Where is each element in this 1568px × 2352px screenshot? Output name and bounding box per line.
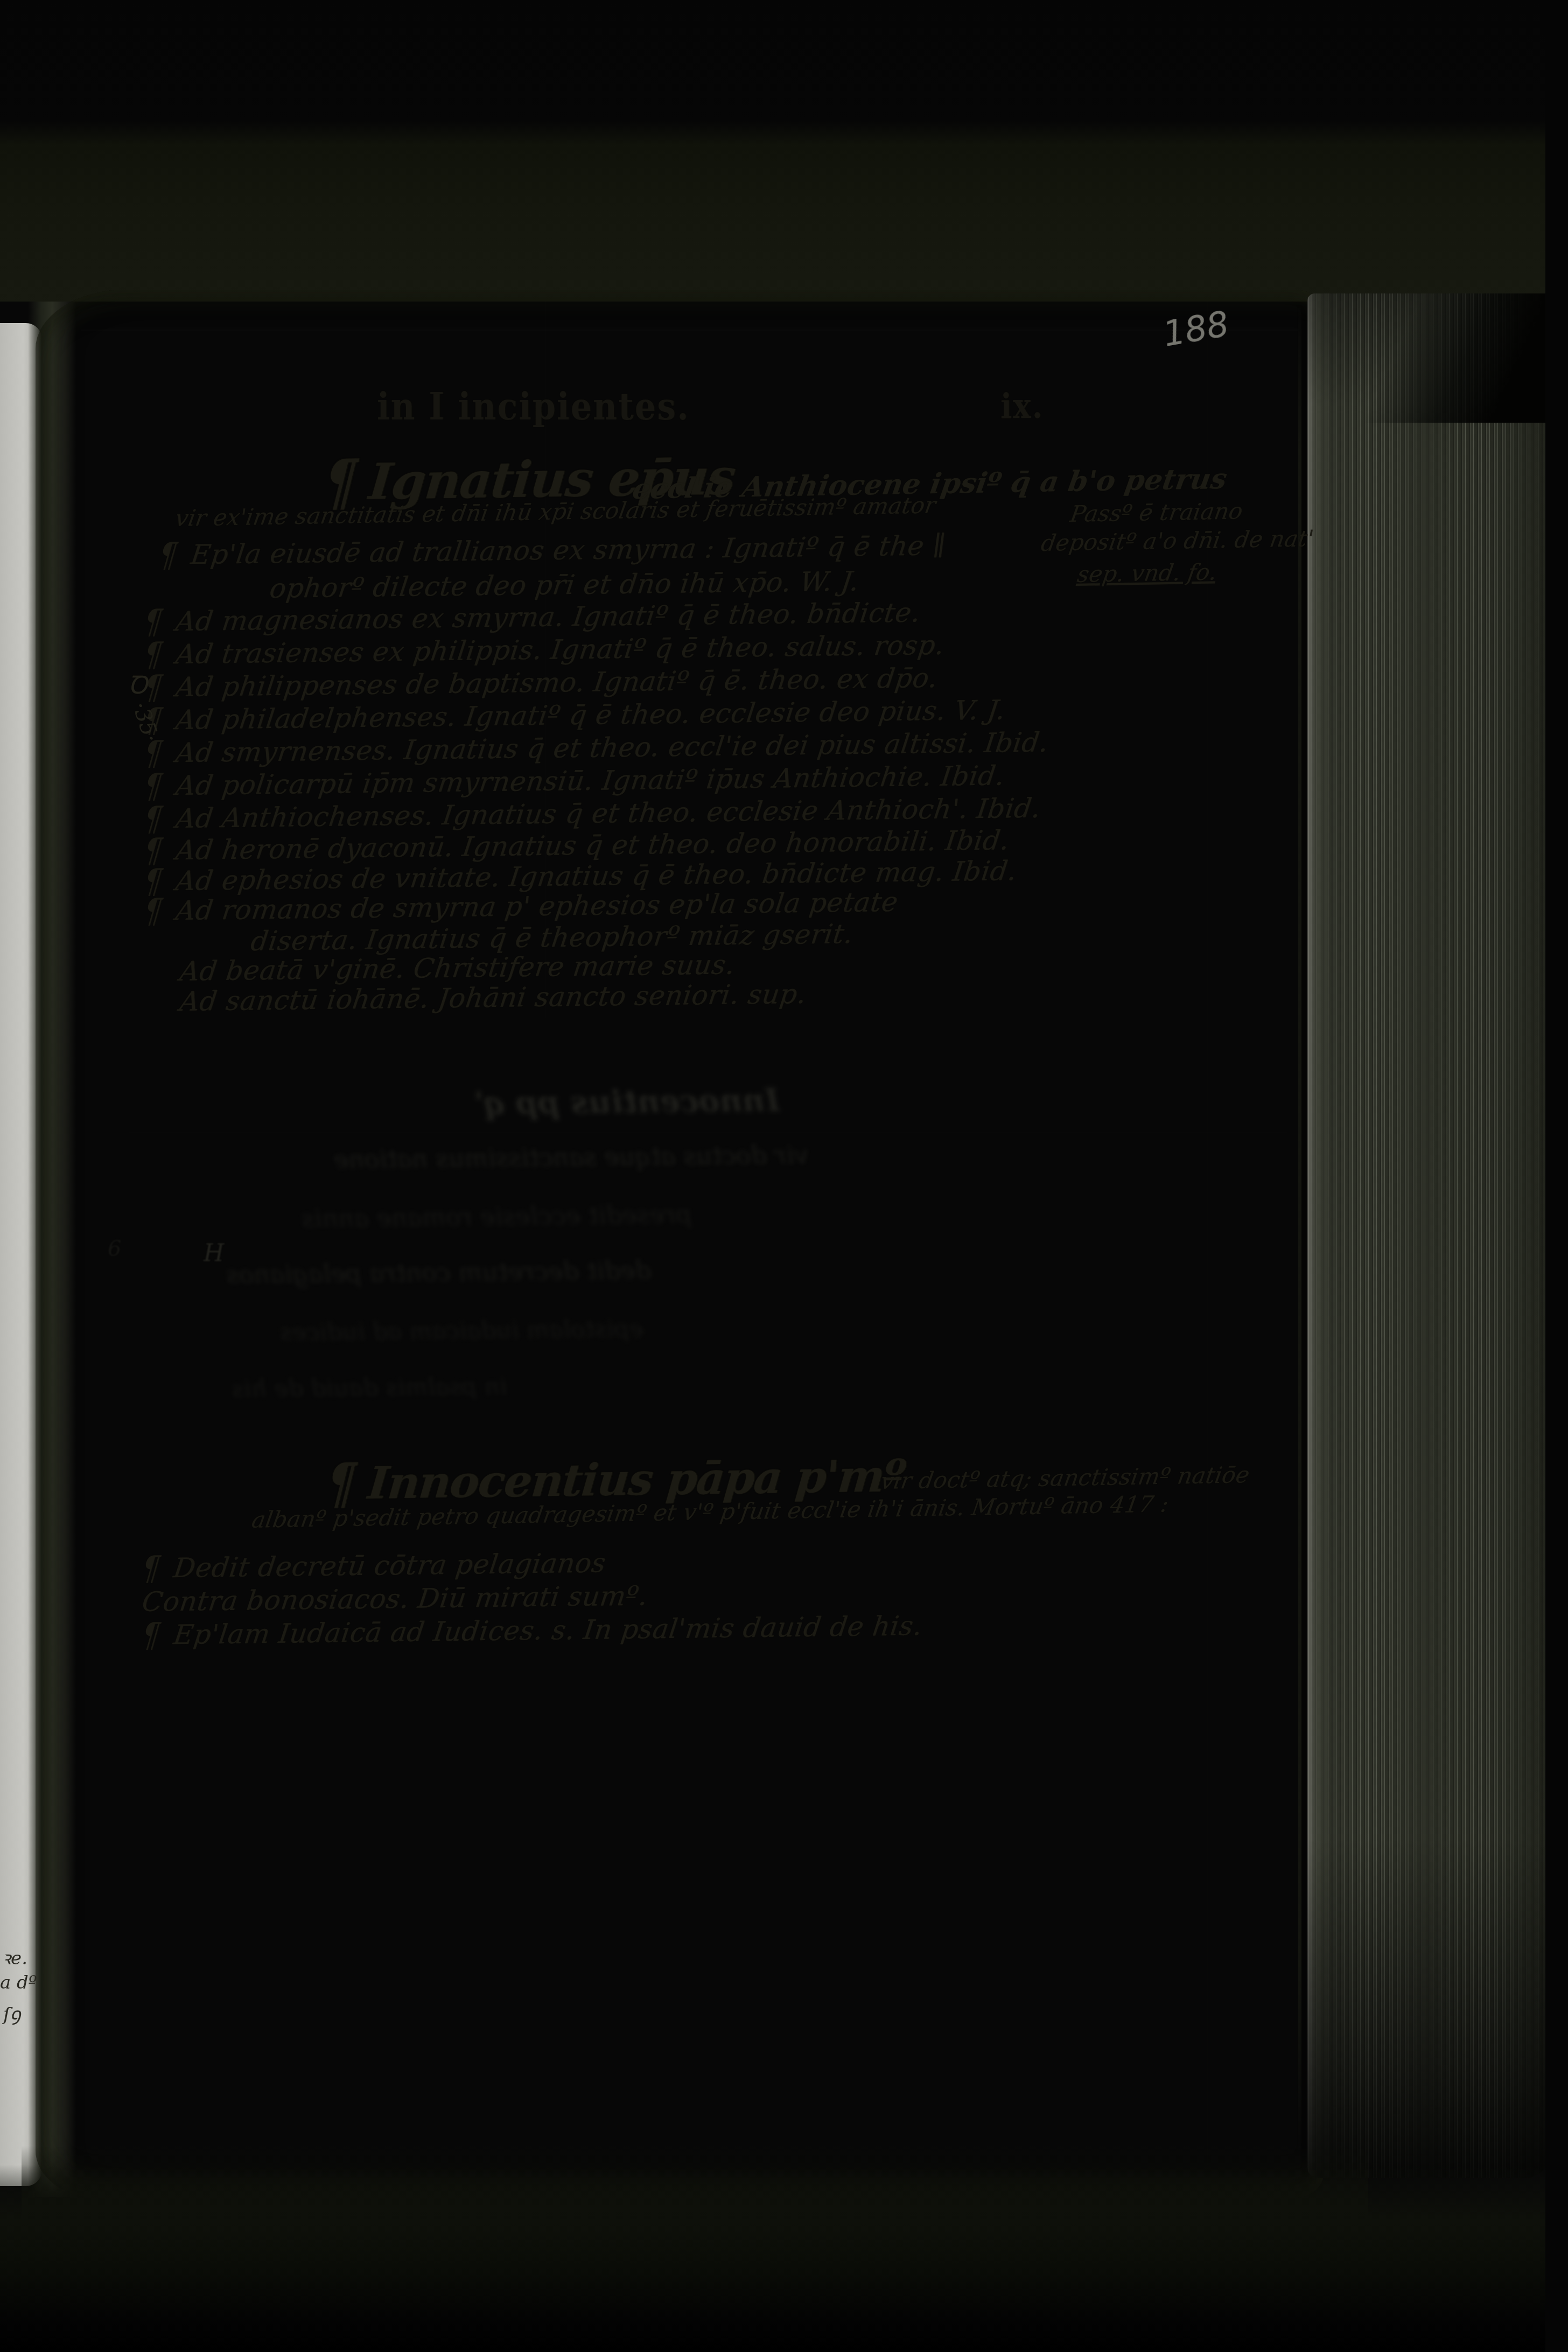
facing-page-fragment: ꝛe.: [2, 1945, 27, 1970]
entry-text: Contra bonosiacos. Diū mirati sumº.: [141, 1580, 650, 1618]
fore-edge-top-shadow: [1307, 293, 1551, 423]
ghost-showthrough-line: vir doctus atque sanctissimus natione: [334, 1140, 809, 1174]
innocentius-entry: ¶Dedit decretū cōtra pelagianos: [141, 1548, 608, 1584]
photo-backdrop-top: [0, 0, 1568, 302]
ghost-ink-blot: H: [204, 1240, 224, 1267]
manuscript-photo: 188 in I incipientes. ix. ¶Ignatius ep̄u…: [0, 0, 1568, 2352]
facing-page-fragment: a dº: [0, 1972, 37, 1993]
ruled-hairline: [129, 1132, 1287, 1133]
page-edge-line: [1298, 302, 1301, 2154]
ghost-showthrough-line: dedit decretum contra pelagianos: [226, 1256, 651, 1289]
sidenote-line3: sep. vnd. fo.: [1075, 559, 1219, 587]
photo-backdrop-right: [1545, 0, 1568, 2352]
ghost-showthrough-line: in psalmis dauid de his: [232, 1373, 507, 1403]
sidenote-line2: depositº a'o dn̄i. de nat': [1039, 525, 1315, 556]
ghost-showthrough-line: Innocentius pp q': [474, 1082, 780, 1122]
running-header-left: in I incipientes.: [377, 384, 690, 429]
ruled-hairline: [81, 330, 1298, 331]
ghost-showthrough-line: presedit ecclesie romane annis: [302, 1200, 692, 1233]
innocentius-entry: Contra bonosiacos. Diū mirati sumº.: [141, 1580, 650, 1618]
ghost-small-mark: 6: [108, 1236, 121, 1261]
facing-page-fragment: ſꝯ: [3, 2001, 21, 2026]
photo-backdrop-bottom: [0, 2165, 1568, 2352]
entry-text: Dedit decretū cōtra pelagianos: [172, 1548, 608, 1584]
running-header-right: ix.: [1000, 387, 1044, 426]
sidenote-line1: Passº ē traiano: [1068, 498, 1244, 527]
fore-edge-texture: [1307, 293, 1551, 2178]
ghost-showthrough-line: epistolam iudaicam ad iudices: [280, 1315, 643, 1346]
margin-circled-mark: Ꝺ: [128, 668, 148, 701]
